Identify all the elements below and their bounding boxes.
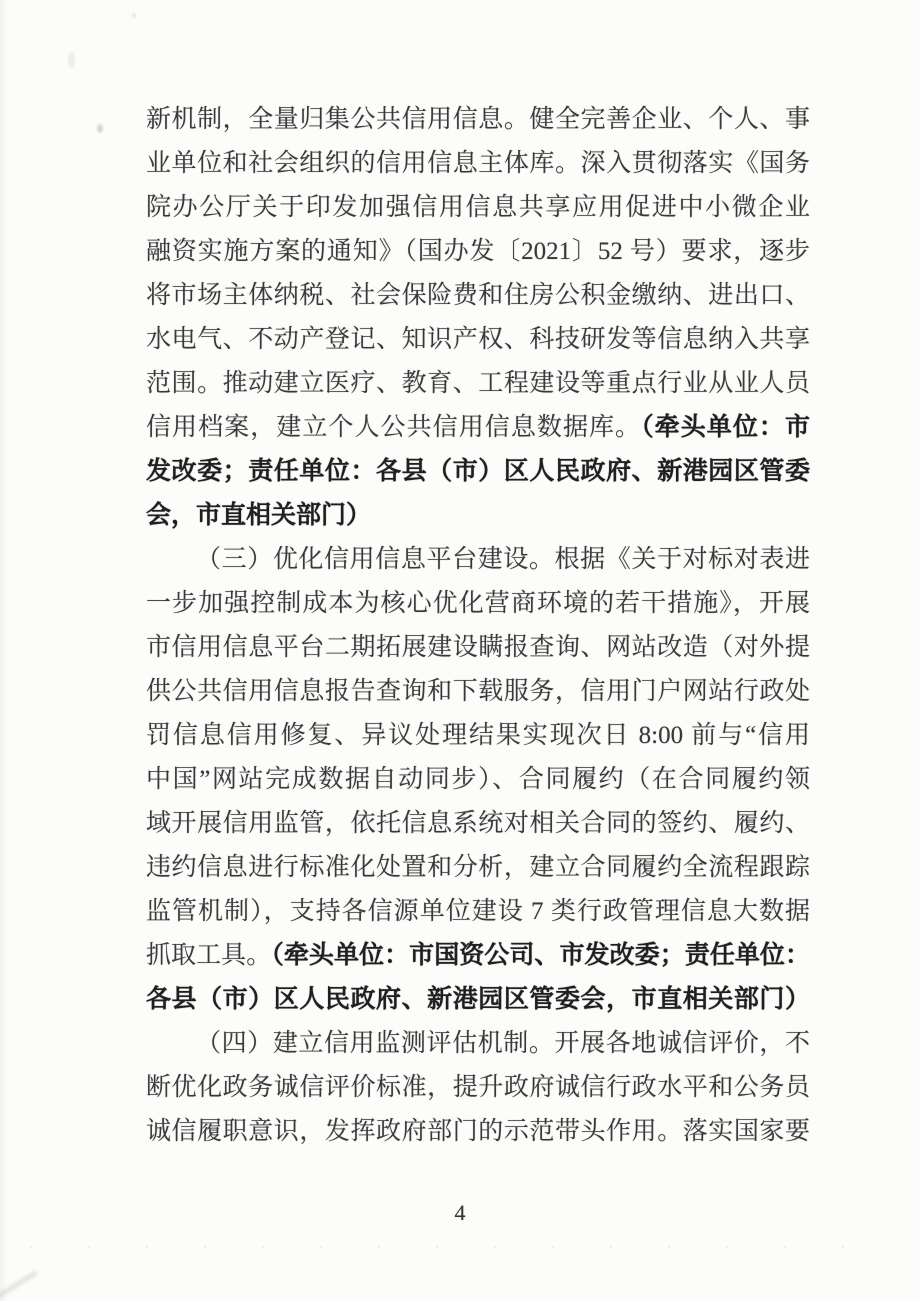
text-line: 抓取工具。（牵头单位：市国资公司、市发改委；责任单位： xyxy=(146,934,810,978)
text-line: 新机制，全量归集公共信用信息。健全完善企业、个人、事 xyxy=(146,98,810,142)
text-line: 将市场主体纳税、社会保险费和住房公积金缴纳、进出口、 xyxy=(146,274,810,318)
text-segment: 抓取工具。 xyxy=(146,942,271,969)
text-segment: 违约信息进行标准化处置和分析，建立合同履约全流程跟踪 xyxy=(146,854,810,881)
text-segment: 业单位和社会组织的信用信息主体库。深入贯彻落实《国务 xyxy=(146,150,810,177)
text-line: 院办公厅关于印发加强信用信息共享应用促进中小微企业 xyxy=(146,186,810,230)
text-line: 断优化政务诚信评价标准，提升政府诚信行政水平和公务员 xyxy=(146,1066,810,1110)
text-line: 监管机制），支持各信源单位建设 7 类行政管理信息大数据 xyxy=(146,890,810,934)
text-segment: （三）优化信用信息平台建设。根据《关于对标对表进 xyxy=(196,546,810,573)
text-segment-bold: 发改委；责任单位：各县（市）区人民政府、新港园区管委 xyxy=(146,458,810,485)
text-segment: （四）建立信用监测评估机制。开展各地诚信评价，不 xyxy=(196,1030,810,1057)
text-line: 诚信履职意识，发挥政府部门的示范带头作用。落实国家要 xyxy=(146,1110,810,1154)
text-segment: 水电气、不动产登记、知识产权、科技研发等信息纳入共享 xyxy=(146,326,810,353)
text-segment: 信用档案，建立个人公共信用信息数据库。 xyxy=(146,414,641,441)
text-line: 一步加强控制成本为核心优化营商环境的若干措施》，开展 xyxy=(146,582,810,626)
document-page: 新机制，全量归集公共信用信息。健全完善企业、个人、事业单位和社会组织的信用信息主… xyxy=(0,0,920,1301)
text-segment: 新机制，全量归集公共信用信息。健全完善企业、个人、事 xyxy=(146,106,810,133)
text-segment: 范围。推动建立医疗、教育、工程建设等重点行业从业人员 xyxy=(146,370,810,397)
text-segment-bold: 各县（市）区人民政府、新港园区管委会，市直相关部门） xyxy=(146,986,810,1013)
text-segment: 中国”网站完成数据自动同步）、合同履约（在合同履约领 xyxy=(146,766,810,793)
text-segment: 供公共信用信息报告查询和下载服务，信用门户网站行政处 xyxy=(146,678,810,705)
text-line: 供公共信用信息报告查询和下载服务，信用门户网站行政处 xyxy=(146,670,810,714)
text-segment: 将市场主体纳税、社会保险费和住房公积金缴纳、进出口、 xyxy=(146,282,810,309)
text-segment: 诚信履职意识，发挥政府部门的示范带头作用。落实国家要 xyxy=(146,1118,810,1145)
text-line: 业单位和社会组织的信用信息主体库。深入贯彻落实《国务 xyxy=(146,142,810,186)
text-line: 范围。推动建立医疗、教育、工程建设等重点行业从业人员 xyxy=(146,362,810,406)
text-segment-bold: （牵头单位：市国资公司、市发改委；责任单位： xyxy=(271,942,810,969)
text-line: 发改委；责任单位：各县（市）区人民政府、新港园区管委 xyxy=(146,450,810,494)
text-segment: 院办公厅关于印发加强信用信息共享应用促进中小微企业 xyxy=(146,194,810,221)
scan-speck xyxy=(97,124,103,133)
text-line: （四）建立信用监测评估机制。开展各地诚信评价，不 xyxy=(146,1022,810,1066)
text-line: （三）优化信用信息平台建设。根据《关于对标对表进 xyxy=(146,538,810,582)
scan-edge-shade xyxy=(0,0,8,1301)
text-segment: 市信用信息平台二期拓展建设瞒报查询、网站改造（对外提 xyxy=(146,634,810,661)
text-line: 会，市直相关部门） xyxy=(146,494,810,538)
text-line: 各县（市）区人民政府、新港园区管委会，市直相关部门） xyxy=(146,978,810,1022)
text-line: 域开展信用监管，依托信息系统对相关合同的签约、履约、 xyxy=(146,802,810,846)
text-line: 融资实施方案的通知》（国办发〔2021〕52 号）要求，逐步 xyxy=(146,230,810,274)
text-line: 水电气、不动产登记、知识产权、科技研发等信息纳入共享 xyxy=(146,318,810,362)
text-line: 市信用信息平台二期拓展建设瞒报查询、网站改造（对外提 xyxy=(146,626,810,670)
scan-speck xyxy=(132,13,136,18)
text-line: 违约信息进行标准化处置和分析，建立合同履约全流程跟踪 xyxy=(146,846,810,890)
text-segment: 断优化政务诚信评价标准，提升政府诚信行政水平和公务员 xyxy=(146,1074,810,1101)
text-segment-bold: （牵头单位：市 xyxy=(641,414,810,441)
document-body: 新机制，全量归集公共信用信息。健全完善企业、个人、事业单位和社会组织的信用信息主… xyxy=(146,98,810,1154)
text-line: 信用档案，建立个人公共信用信息数据库。（牵头单位：市 xyxy=(146,406,810,450)
text-segment: 域开展信用监管，依托信息系统对相关合同的签约、履约、 xyxy=(146,810,810,837)
text-segment: 罚信息信用修复、异议处理结果实现次日 8:00 前与“信用 xyxy=(146,722,810,749)
text-line: 罚信息信用修复、异议处理结果实现次日 8:00 前与“信用 xyxy=(146,714,810,758)
text-segment: 一步加强控制成本为核心优化营商环境的若干措施》，开展 xyxy=(146,590,810,617)
text-segment: 监管机制），支持各信源单位建设 7 类行政管理信息大数据 xyxy=(146,898,810,925)
scan-dotted-band xyxy=(30,1246,890,1248)
scan-speck xyxy=(68,52,75,68)
text-line: 中国”网站完成数据自动同步）、合同履约（在合同履约领 xyxy=(146,758,810,802)
text-segment: 融资实施方案的通知》（国办发〔2021〕52 号）要求，逐步 xyxy=(146,238,810,265)
page-number: 4 xyxy=(0,1198,920,1228)
text-segment-bold: 会，市直相关部门） xyxy=(146,502,371,529)
